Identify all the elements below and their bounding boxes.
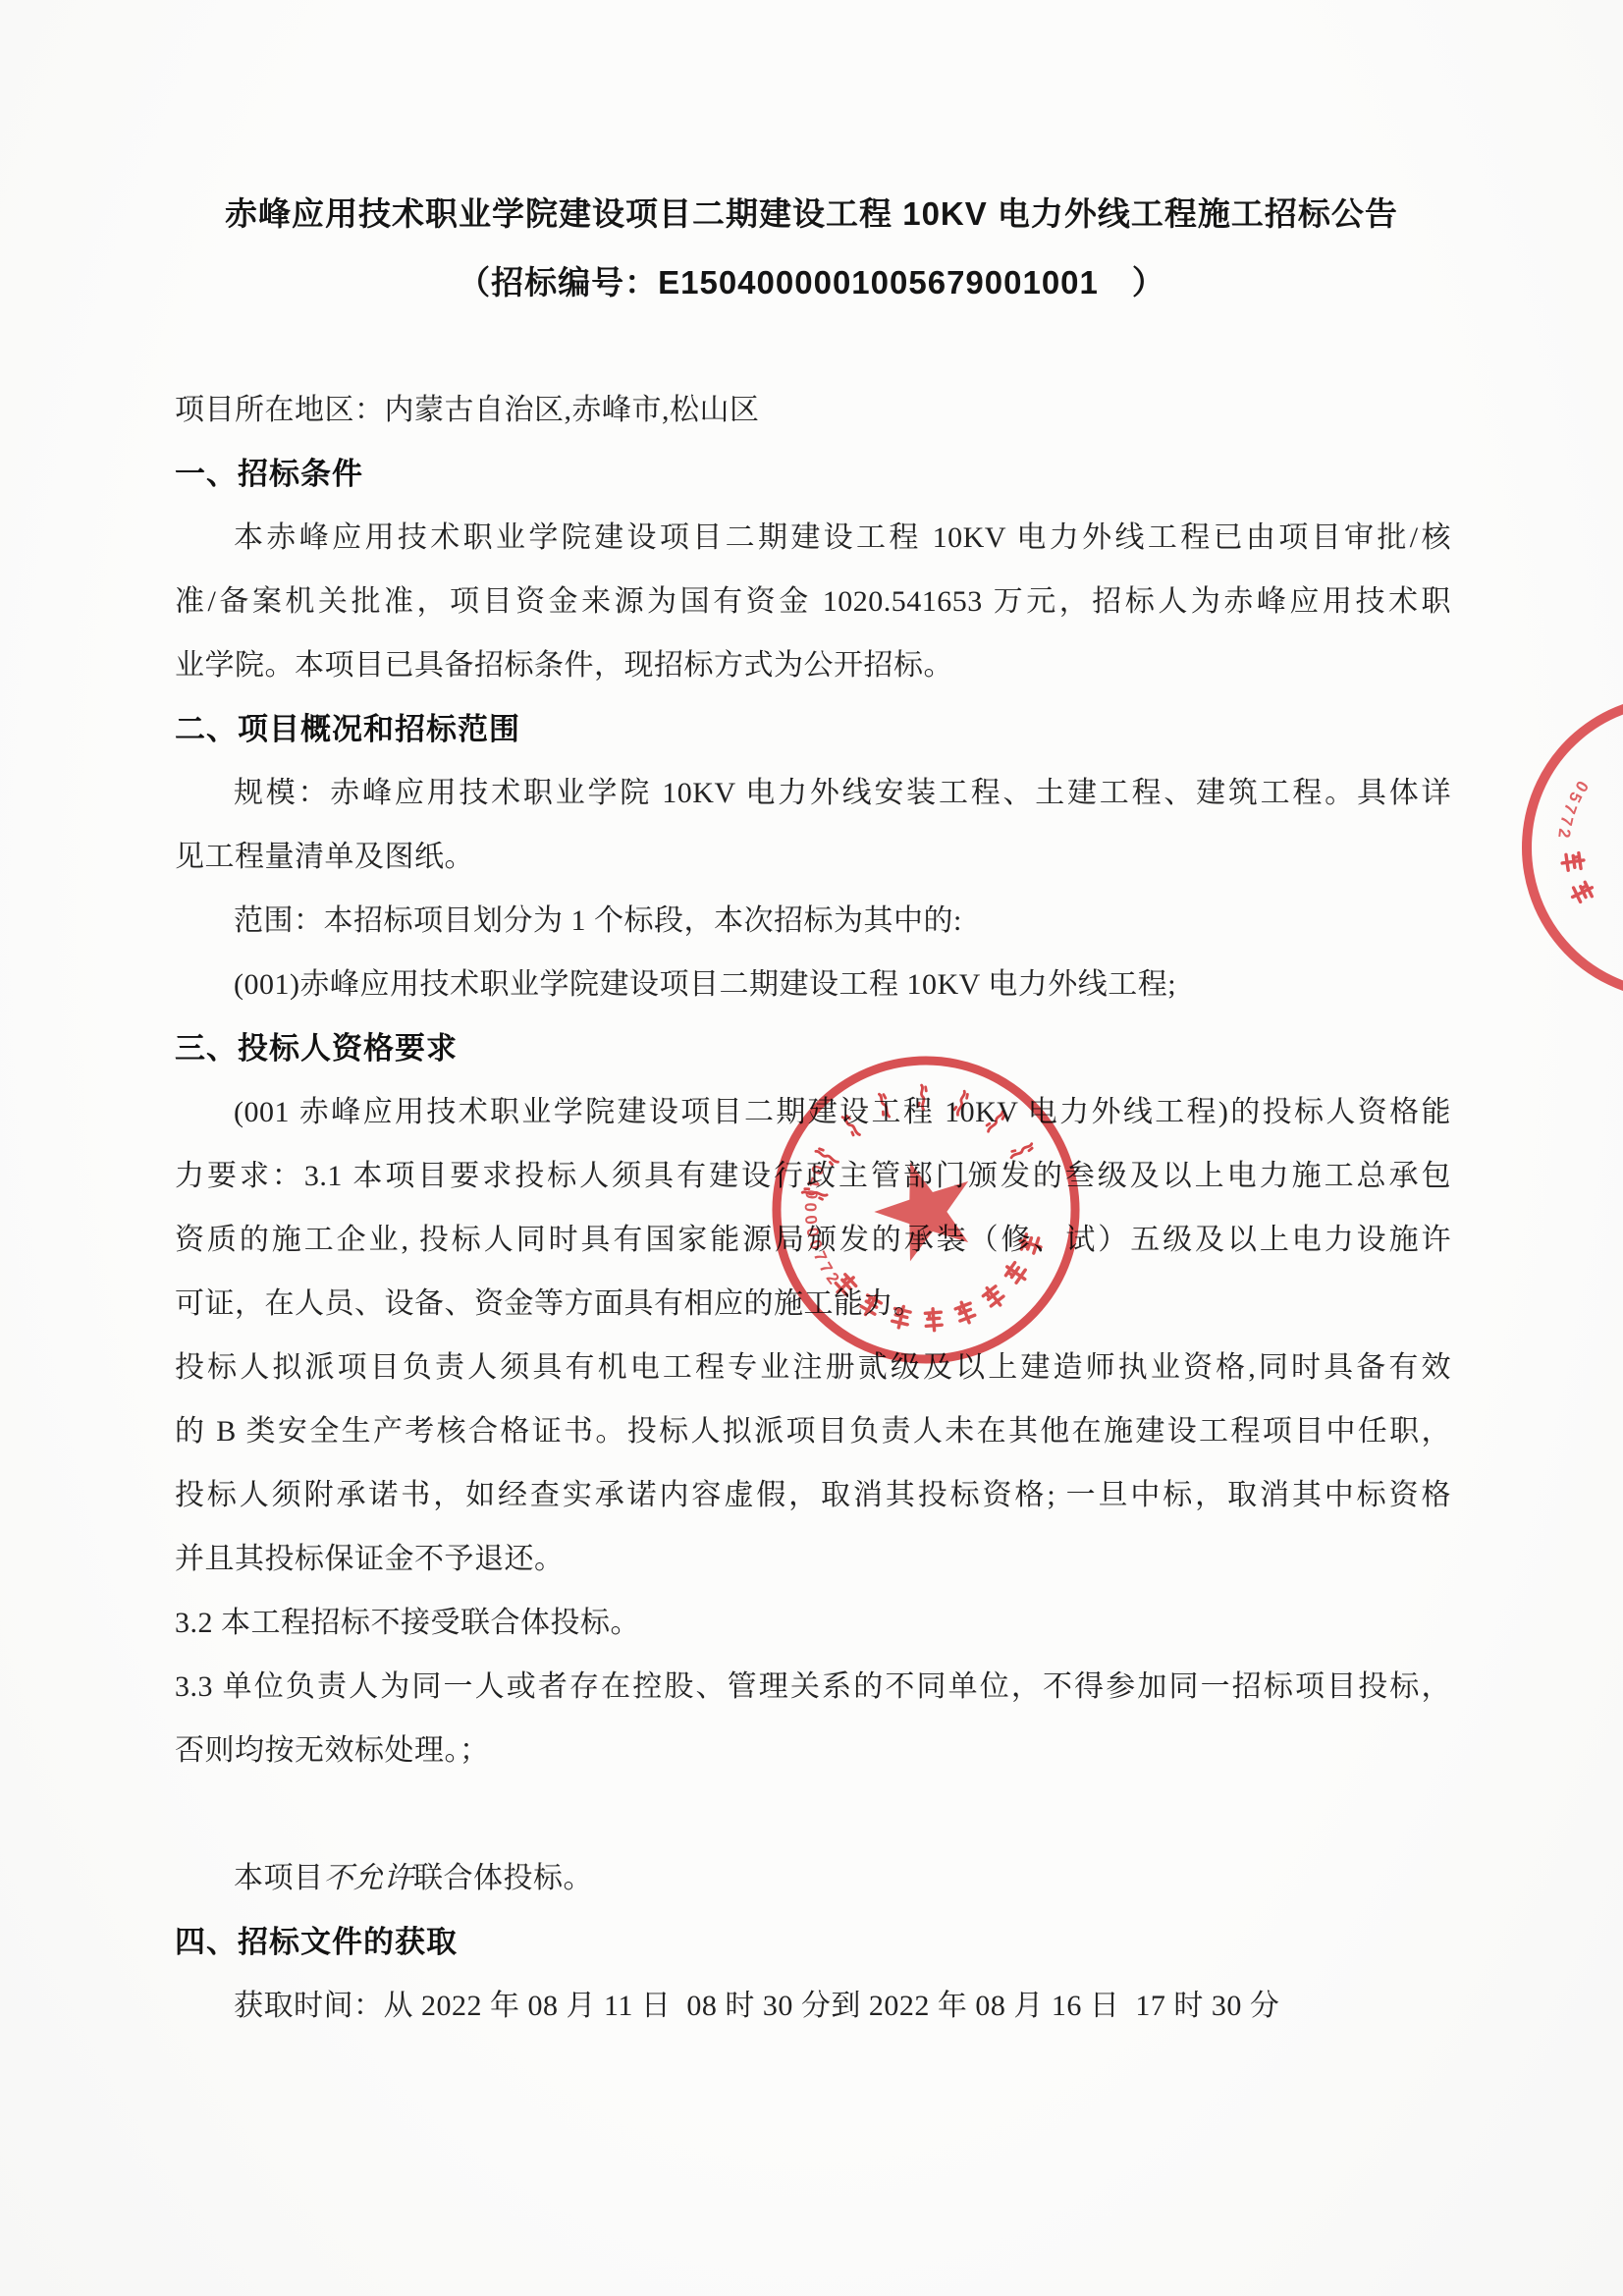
doc-line: 3.3 单位负责人为同一人或者存在控股、管理关系的不同单位，不得参加同一招标项目… — [175, 1655, 1451, 1719]
tender-number: （招标编号：E1504000001005679001001 ） — [0, 248, 1623, 317]
doc-line: (001 赤峰应用技术职业学院建设项目二期建设工程 10KV 电力外线工程)的投… — [175, 1080, 1451, 1144]
doc-text: 联合体投标。 — [413, 1862, 593, 1894]
section-heading: 二、项目概况和招标范围 — [175, 697, 1451, 761]
doc-line: 并且其投标保证金不予退还。 — [175, 1527, 1451, 1591]
doc-line: 准/备案机关批准，项目资金来源为国有资金 1020.541653 万元，招标人为… — [175, 570, 1451, 633]
doc-line: 范围：本招标项目划分为 1 个标段，本次招标为其中的: — [175, 889, 1451, 953]
doc-line: 项目所在地区：内蒙古自治区,赤峰市,松山区 — [175, 378, 1451, 442]
doc-line: 本赤峰应用技术职业学院建设项目二期建设工程 10KV 电力外线工程已由项目审批/… — [175, 506, 1451, 570]
doc-line: 投标人拟派项目负责人须具有机电工程专业注册贰级及以上建造师执业资格,同时具备有效 — [175, 1336, 1451, 1399]
document-body: 项目所在地区：内蒙古自治区,赤峰市,松山区一、招标条件本赤峰应用技术职业学院建设… — [175, 378, 1451, 2038]
doc-line: 规模：赤峰应用技术职业学院 10KV 电力外线安装工程、土建工程、建筑工程。具体… — [175, 761, 1451, 825]
section-heading: 三、投标人资格要求 — [175, 1016, 1451, 1080]
doc-line: 3.2 本工程招标不接受联合体投标。 — [175, 1591, 1451, 1655]
document-title: 赤峰应用技术职业学院建设项目二期建设工程 10KV 电力外线工程施工招标公告 — [0, 180, 1623, 248]
doc-text: 本项目 — [234, 1862, 324, 1894]
doc-line: 力要求：3.1 本项目要求投标人须具有建设行政主管部门颁发的叁级及以上电力施工总… — [175, 1144, 1451, 1208]
partial-seal-stamp: 05772 — [1471, 697, 1623, 1031]
scanned-document-page: 赤峰应用技术职业学院建设项目二期建设工程 10KV 电力外线工程施工招标公告 （… — [0, 0, 1623, 2296]
seal-code-digits: 05772 — [1554, 776, 1593, 844]
doc-line: 见工程量清单及图纸。 — [175, 825, 1451, 889]
doc-line: 的 B 类安全生产考核合格证书。投标人拟派项目负责人未在其他在施建设工程项目中任… — [175, 1399, 1451, 1463]
doc-line: 投标人须附承诺书，如经查实承诺内容虚假，取消其投标资格; 一旦中标，取消其中标资… — [175, 1463, 1451, 1527]
doc-line: 获取时间：从 2022 年 08 月 11 日 08 时 30 分到 2022 … — [175, 1974, 1451, 2038]
emphasized-text: 不允许 — [324, 1862, 414, 1894]
blank-line — [175, 1782, 1451, 1846]
section-heading: 四、招标文件的获取 — [175, 1910, 1451, 1974]
doc-line: 否则均按无效标处理。； — [175, 1719, 1451, 1782]
doc-line: 可证，在人员、设备、资金等方面具有相应的施工能力。 — [175, 1272, 1451, 1336]
doc-line: 本项目不允许联合体投标。 — [175, 1846, 1451, 1910]
doc-line: 业学院。本项目已具备招标条件，现招标方式为公开招标。 — [175, 633, 1451, 697]
section-heading: 一、招标条件 — [175, 442, 1451, 506]
doc-line: 资质的施工企业, 投标人同时具有国家能源局颁发的承装（修、试）五级及以上电力设施… — [175, 1208, 1451, 1272]
document-title-block: 赤峰应用技术职业学院建设项目二期建设工程 10KV 电力外线工程施工招标公告 （… — [0, 180, 1623, 317]
doc-line: (001)赤峰应用技术职业学院建设项目二期建设工程 10KV 电力外线工程; — [175, 953, 1451, 1016]
